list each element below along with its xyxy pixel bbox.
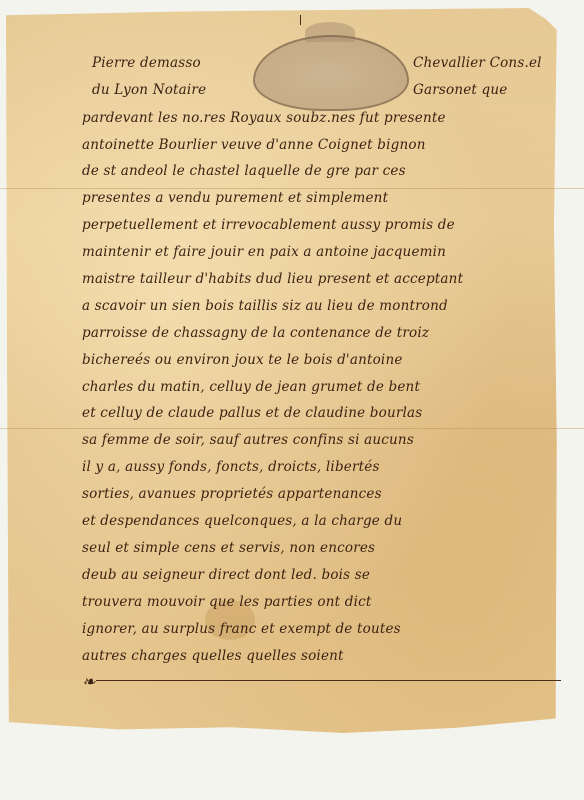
line-7: perpetuellement et irrevocablement aussy… [82, 217, 455, 233]
line-1-left: Pierre demasso [92, 55, 201, 71]
line-19: seul et simple cens et servis, non encor… [82, 540, 375, 556]
line-3: pardevant les no.res Royaux soubz.nes fu… [82, 110, 446, 126]
line-14: et celluy de claude pallus et de claudin… [82, 405, 422, 421]
line-20: deub au seigneur direct dont led. bois s… [82, 567, 370, 583]
line-1-right: Chevallier Cons.el [413, 55, 542, 71]
line-8: maintenir et faire jouir en paix a antoi… [82, 244, 446, 260]
line-2-left: du Lyon Notaire [92, 82, 206, 98]
line-11: parroisse de chassagny de la contenance … [82, 325, 429, 341]
margin-mark [300, 15, 301, 25]
line-10: a scavoir un sien bois taillis siz au li… [82, 298, 448, 314]
line-9: maistre tailleur d'habits dud lieu prese… [82, 271, 463, 287]
line-4: antoinette Bourlier veuve d'anne Coignet… [82, 137, 426, 153]
line-23: autres charges quelles quelles soient [82, 648, 344, 664]
line-13: charles du matin, celluy de jean grumet … [82, 379, 420, 395]
paper-fold [0, 428, 584, 429]
line-15: sa femme de soir, sauf autres confins si… [82, 432, 414, 448]
line-18: et despendances quelconques, a la charge… [82, 513, 402, 529]
line-16: il y a, aussy fonds, foncts, droicts, li… [82, 459, 380, 475]
line-2-right: Garsonet que [413, 82, 507, 98]
line-21: trouvera mouvoir que les parties ont dic… [82, 594, 371, 610]
closing-flourish-icon: ❧ [82, 672, 95, 691]
line-12: bichereés ou environ joux te le bois d'a… [82, 352, 403, 368]
line-5: de st andeol le chastel laquelle de gre … [82, 163, 406, 179]
paper-fold [0, 188, 584, 189]
line-17: sorties, avanues proprietés appartenance… [82, 486, 382, 502]
line-22: ignorer, au surplus franc et exempt de t… [82, 621, 401, 637]
closing-rule [96, 680, 561, 681]
line-6: presentes a vendu purement et simplement [82, 190, 388, 206]
